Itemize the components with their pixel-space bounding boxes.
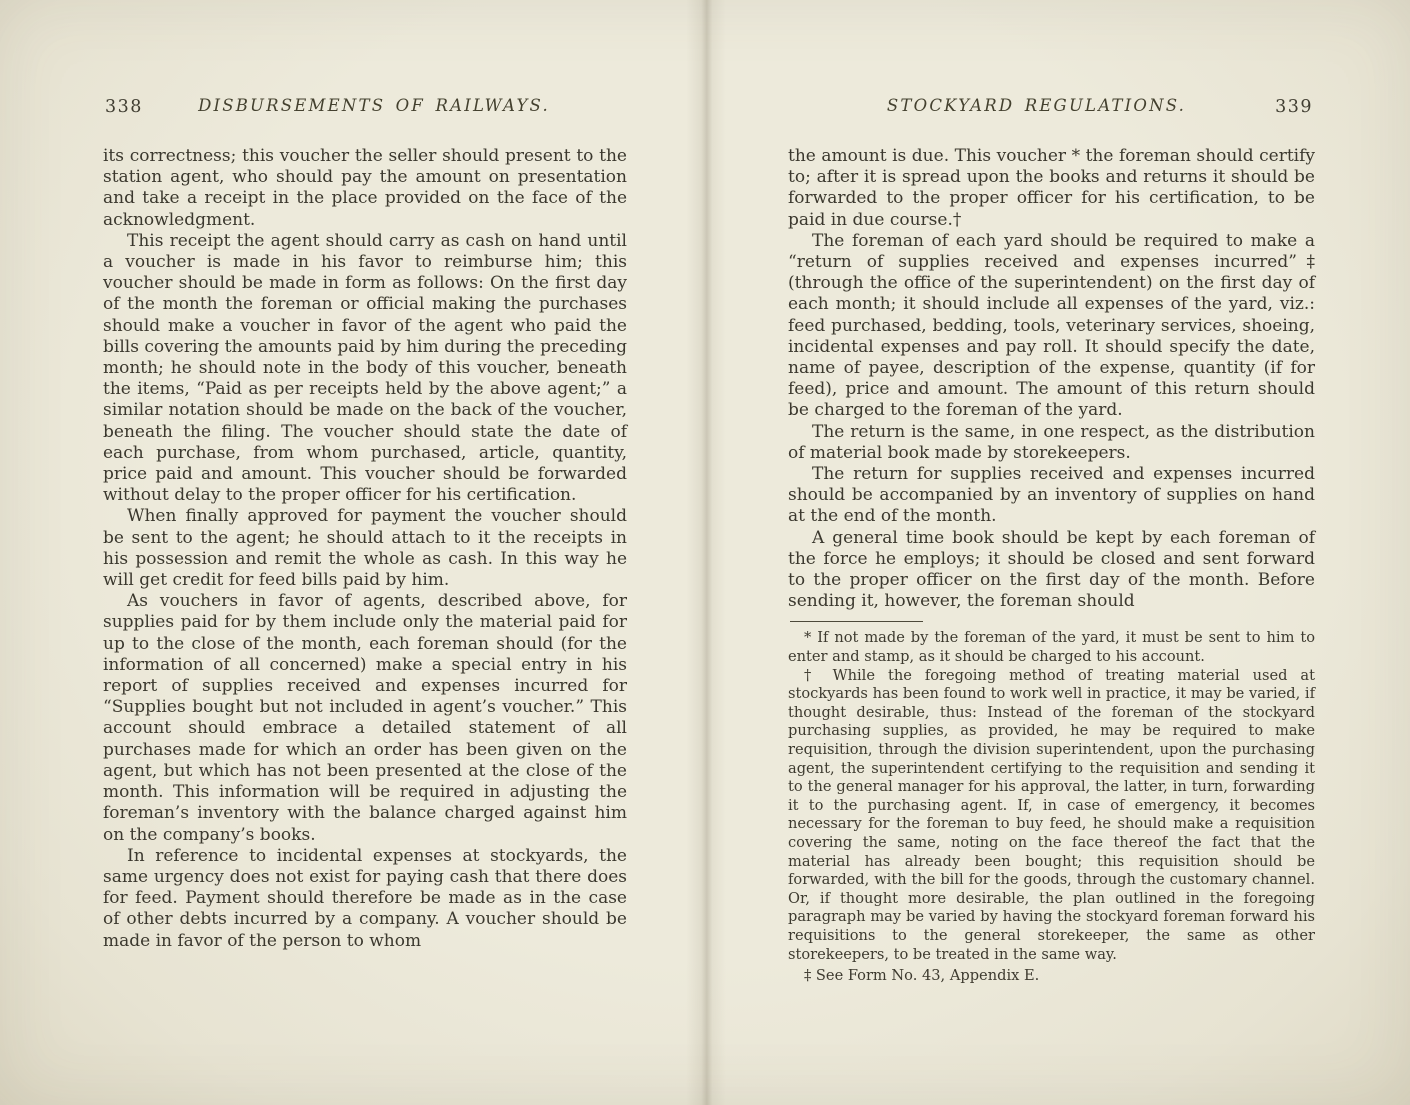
body-paragraph: The return is the same, in one respect, … bbox=[788, 422, 1315, 464]
page-body: the amount is due. This voucher * the fo… bbox=[788, 146, 1315, 612]
body-paragraph: This receipt the agent should carry as c… bbox=[103, 231, 627, 507]
body-paragraph: The foreman of each yard should be requi… bbox=[788, 231, 1315, 422]
body-paragraph: The return for supplies received and exp… bbox=[788, 464, 1315, 528]
page-header-right: 339 STOCKYARD REGULATIONS. bbox=[788, 96, 1315, 122]
footnote-rule bbox=[790, 621, 923, 622]
page-339: 339 STOCKYARD REGULATIONS. the amount is… bbox=[707, 0, 1410, 1105]
footnote: * If not made by the foreman of the yard… bbox=[788, 629, 1315, 666]
book-spread: 338 DISBURSEMENTS OF RAILWAYS. its corre… bbox=[0, 0, 1410, 1105]
body-paragraph: In reference to incidental expenses at s… bbox=[103, 846, 627, 952]
running-title: DISBURSEMENTS OF RAILWAYS. bbox=[103, 96, 627, 115]
body-paragraph: its correctness; this voucher the seller… bbox=[103, 146, 627, 231]
page-number: 338 bbox=[105, 97, 143, 117]
running-title: STOCKYARD REGULATIONS. bbox=[788, 96, 1315, 115]
page-number: 339 bbox=[1275, 97, 1313, 117]
body-paragraph: the amount is due. This voucher * the fo… bbox=[788, 146, 1315, 231]
body-paragraph: As vouchers in favor of agents, describe… bbox=[103, 591, 627, 845]
footnote: † While the foregoing method of treating… bbox=[788, 667, 1315, 965]
body-paragraph: When finally approved for payment the vo… bbox=[103, 506, 627, 591]
page-header-left: 338 DISBURSEMENTS OF RAILWAYS. bbox=[103, 96, 627, 122]
footnote: ‡ See Form No. 43, Appendix E. bbox=[788, 967, 1315, 986]
page-338: 338 DISBURSEMENTS OF RAILWAYS. its corre… bbox=[0, 0, 707, 1105]
page-body: its correctness; this voucher the seller… bbox=[103, 146, 627, 952]
body-paragraph: A general time book should be kept by ea… bbox=[788, 528, 1315, 613]
footnotes: * If not made by the foreman of the yard… bbox=[788, 629, 1315, 985]
